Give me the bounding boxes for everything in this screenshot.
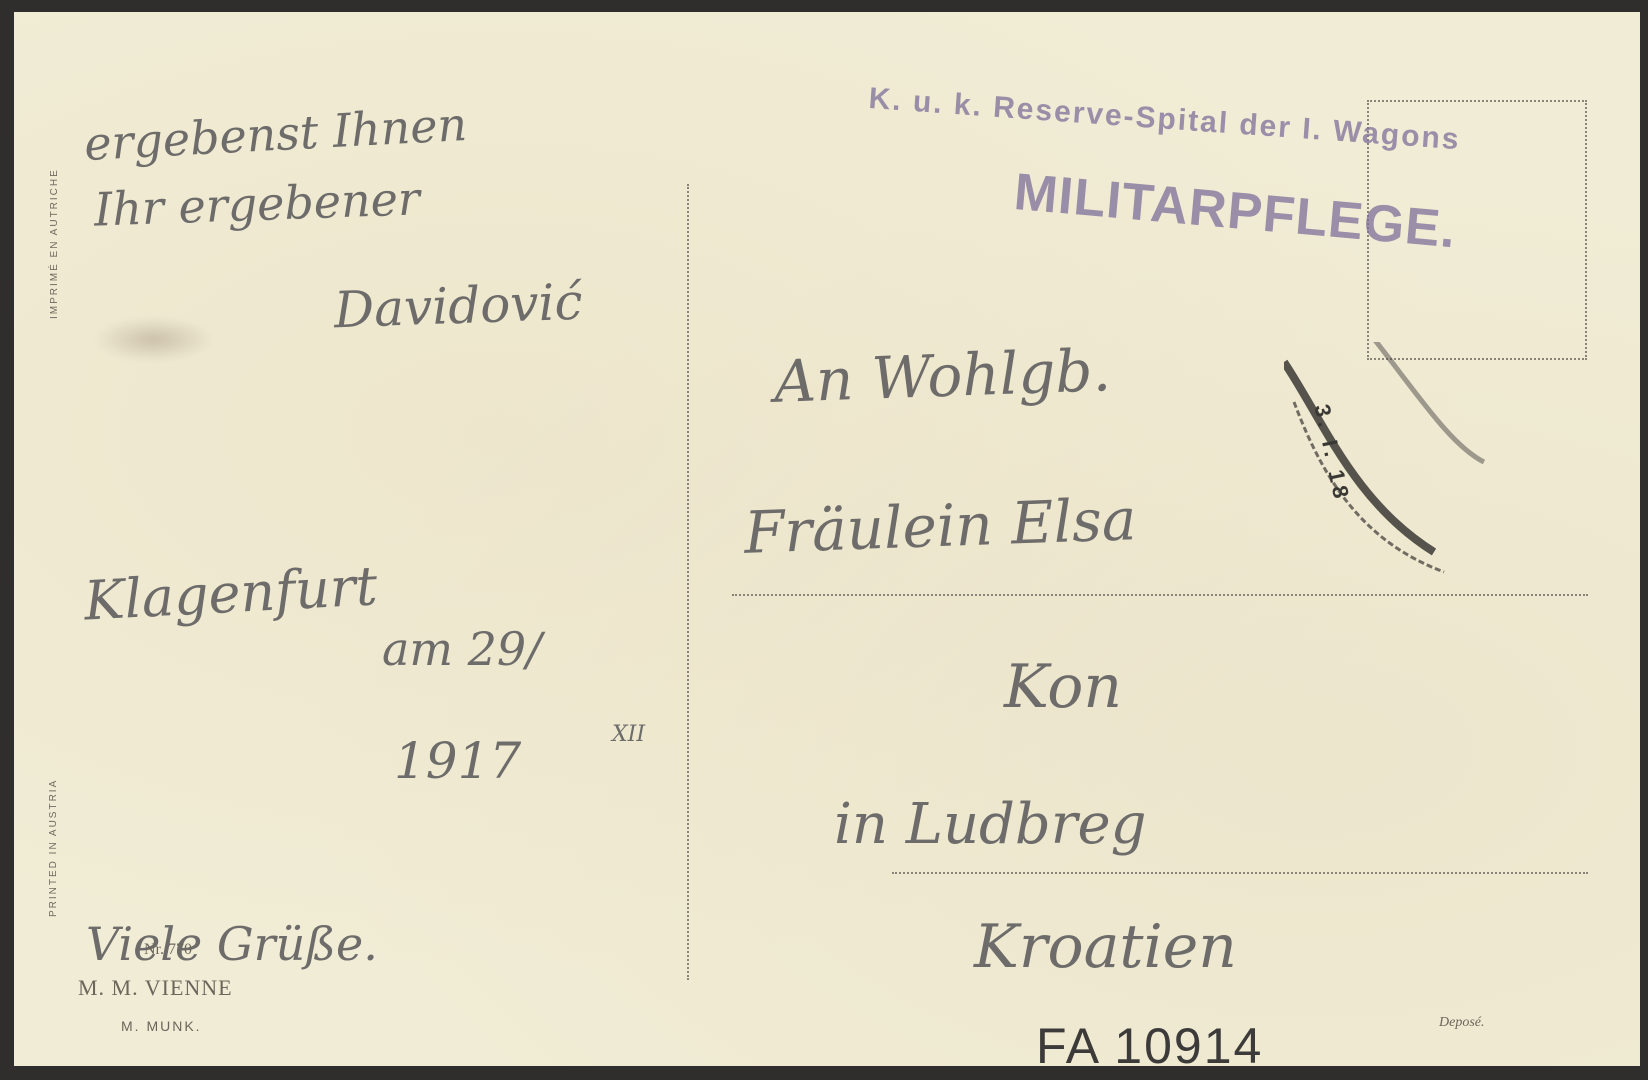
center-divider bbox=[687, 184, 689, 980]
publisher-subname: M. MUNK. bbox=[121, 1018, 202, 1034]
message-line-1: ergebenst Ihnen bbox=[83, 97, 468, 171]
hospital-stamp-line1: K. u. k. Reserve-Spital der I. Wagons bbox=[868, 82, 1462, 157]
stain bbox=[94, 317, 214, 362]
address-town: in Ludbreg bbox=[834, 792, 1146, 857]
message-signature: Davidović bbox=[333, 273, 583, 340]
message-line-2: Ihr ergebener bbox=[93, 171, 420, 236]
postcard: IMPRIMÉ EN AUTRICHE PRINTED IN AUSTRIA K… bbox=[14, 12, 1640, 1066]
message-year: 1917 bbox=[394, 732, 521, 790]
message-place: Klagenfurt bbox=[83, 554, 379, 632]
printed-in-austria-label: PRINTED IN AUSTRIA bbox=[48, 779, 59, 917]
address-line-2 bbox=[892, 872, 1588, 874]
address-salutation: An Wohlgb. bbox=[773, 336, 1112, 416]
archive-number: FA 10914 bbox=[1036, 1017, 1263, 1075]
message-greeting: Viele Grüße. bbox=[86, 917, 378, 971]
publisher-name: M. M. VIENNE bbox=[78, 975, 233, 1001]
card-number: Nr. 770 bbox=[144, 941, 192, 959]
imprime-label: IMPRIMÉ EN AUTRICHE bbox=[49, 168, 60, 319]
address-line-1 bbox=[732, 594, 1588, 596]
address-country: Kroatien bbox=[974, 912, 1237, 982]
message-month: XII bbox=[612, 722, 645, 747]
address-surname: Kon bbox=[1004, 652, 1122, 722]
address-name: Fräulein Elsa bbox=[743, 485, 1137, 567]
depose-label: Deposé. bbox=[1439, 1015, 1485, 1031]
message-date: am 29/ bbox=[382, 622, 542, 676]
postmark-icon bbox=[1284, 342, 1514, 592]
